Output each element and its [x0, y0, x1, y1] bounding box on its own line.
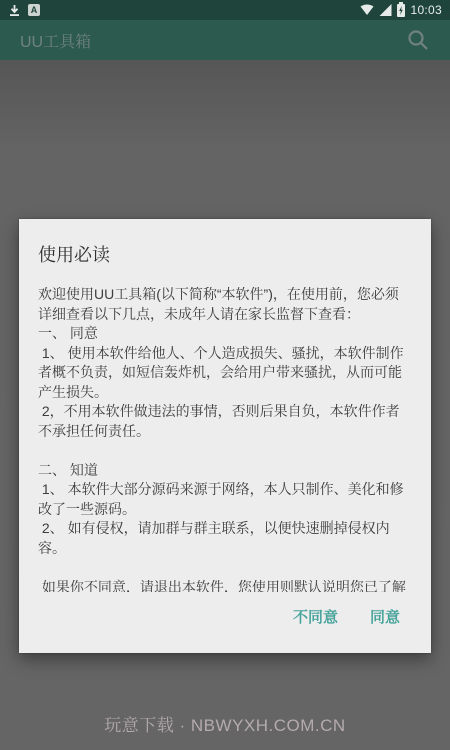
terms-dialog: 使用必读 欢迎使用UU工具箱(以下简称“本软件”)，在使用前，您必须详细查看以下…	[19, 219, 431, 653]
wifi-icon	[360, 4, 374, 16]
agree-button[interactable]: 同意	[358, 598, 412, 635]
app-title: UU工具箱	[20, 29, 91, 52]
app-bar: UU工具箱	[0, 20, 450, 60]
dialog-body-text: 欢迎使用UU工具箱(以下简称“本软件”)，在使用前，您必须详细查看以下几点，未成…	[38, 285, 412, 592]
status-bar-right: 10:03	[360, 3, 442, 17]
download-icon	[8, 4, 21, 17]
cellular-signal-icon	[379, 4, 392, 16]
status-bar-left: A	[8, 4, 40, 17]
letter-a-icon: A	[28, 4, 40, 16]
dialog-actions: 不同意 同意	[38, 592, 412, 645]
search-icon[interactable]	[406, 28, 430, 52]
disagree-button[interactable]: 不同意	[281, 598, 350, 635]
status-bar: A 10:03	[0, 0, 450, 20]
watermark-text: 玩意下载 · NBWYXH.COM.CN	[0, 711, 450, 736]
battery-charging-icon	[397, 4, 405, 17]
phone-screen: A 10:03 UU工具箱	[0, 0, 450, 750]
status-time: 10:03	[410, 3, 442, 17]
dialog-title: 使用必读	[38, 241, 412, 267]
